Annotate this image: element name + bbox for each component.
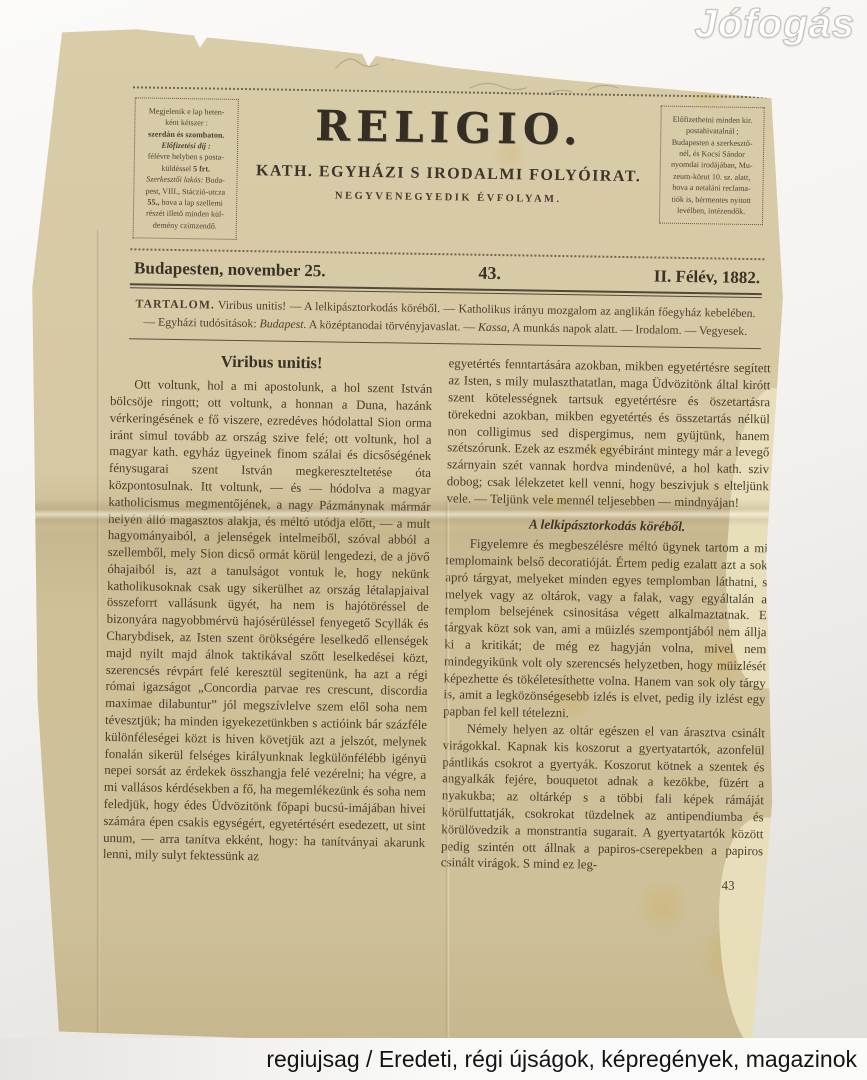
subscription-info-box: Előfizethetni minden kir. postahivatalná… bbox=[659, 106, 765, 226]
contents-text-italic: Budapest. bbox=[260, 316, 307, 331]
volume-line: NEGYVENEGYEDIK ÉVFOLYAM. bbox=[237, 188, 659, 206]
listing-caption-bar: regiujsag / Eredeti, régi újságok, képre… bbox=[0, 1038, 867, 1080]
right-column: egyetértés fenntartására azokban, mikben… bbox=[440, 356, 770, 896]
info-line: Előfizethetni minden kir. bbox=[664, 114, 760, 127]
info-line: részét illető minden kül- bbox=[137, 208, 233, 221]
contents-label: TARTALOM. bbox=[135, 296, 214, 311]
contents-text: A munkás napok alatt. — Irodalom. — Vegy… bbox=[510, 320, 748, 338]
issue-number: 43. bbox=[325, 260, 654, 286]
article-columns: Viribus unitis! Ott voltunk, hol a mi ap… bbox=[102, 350, 770, 895]
info-text-italic: Szerkesztői lakás: bbox=[146, 175, 203, 185]
photo-background: Jófogás Megjelenik e lap heten- ként két… bbox=[0, 0, 867, 1080]
printed-content: Megjelenik e lap heten- ként kétszer : s… bbox=[102, 86, 774, 895]
contents-text-italic: Kassa, bbox=[478, 319, 510, 333]
info-text-bold: 55., bbox=[147, 197, 159, 206]
info-text: hova a lap szellemi bbox=[159, 198, 223, 208]
article-paragraph: Némely helyen az oltár egészen el van ár… bbox=[441, 720, 765, 876]
publication-info-box: Megjelenik e lap heten- ként kétszer : s… bbox=[133, 97, 239, 240]
jofogas-watermark: Jófogás bbox=[695, 2, 855, 47]
dateline: Budapesten, november 25. 43. II. Félév, … bbox=[134, 257, 760, 288]
info-line: demény czimzendő. bbox=[137, 219, 233, 232]
info-text-bold: 5 frt. bbox=[193, 164, 210, 173]
newspaper-page: Megjelenik e lap heten- ként kétszer : s… bbox=[30, 20, 792, 1050]
contents-text: A középtanodai törvényjavaslat. — bbox=[306, 317, 478, 334]
article-paragraph: Ott voltunk, hol a mi apostolunk, a hol … bbox=[103, 376, 433, 868]
info-text: Buda- bbox=[203, 176, 225, 185]
listing-caption-text: regiujsag / Eredeti, régi újságok, képre… bbox=[266, 1046, 857, 1073]
masthead-center: RELIGIO. KATH. EGYHÁZI S IRODALMI FOLYÓI… bbox=[237, 99, 661, 206]
newspaper-title: RELIGIO. bbox=[238, 99, 661, 158]
info-line: Szerkesztői lakás: Buda- bbox=[137, 174, 233, 187]
article-heading: Viribus unitis! bbox=[111, 352, 433, 374]
newspaper-subtitle: KATH. EGYHÁZI S IRODALMI FOLYÓIRAT. bbox=[238, 161, 660, 186]
article-paragraph: Figyelemre és megbeszélésre méltó ügynek… bbox=[443, 536, 768, 726]
page-edge-line bbox=[96, 230, 100, 1045]
vertical-fold-crease bbox=[445, 500, 450, 1048]
info-line: hova a netaláni reclama- bbox=[663, 182, 759, 195]
contents-summary: TARTALOM. Viribus unitis! — A lelkipászt… bbox=[135, 295, 755, 340]
left-column: Viribus unitis! Ott voltunk, hol a mi ap… bbox=[102, 350, 432, 890]
masthead: Megjelenik e lap heten- ként kétszer : s… bbox=[133, 97, 765, 248]
dateline-place: Budapesten, november 25. bbox=[134, 258, 326, 281]
article-paragraph: egyetértés fenntartására azokban, mikben… bbox=[446, 356, 770, 512]
page-number: 43 bbox=[440, 873, 762, 895]
info-line: félévre helyben s posta- bbox=[138, 151, 234, 164]
horizontal-fold-crease bbox=[30, 500, 792, 526]
dateline-halfyear: II. Félév, 1882. bbox=[654, 266, 761, 288]
info-line: levélben, intézendők. bbox=[663, 205, 759, 218]
contents-bottom-rule bbox=[129, 339, 761, 350]
info-line: szerdán és szombaton. bbox=[138, 128, 234, 141]
info-line: Megjelenik e lap heten- bbox=[139, 105, 235, 118]
info-text: küldéssel bbox=[161, 164, 193, 173]
